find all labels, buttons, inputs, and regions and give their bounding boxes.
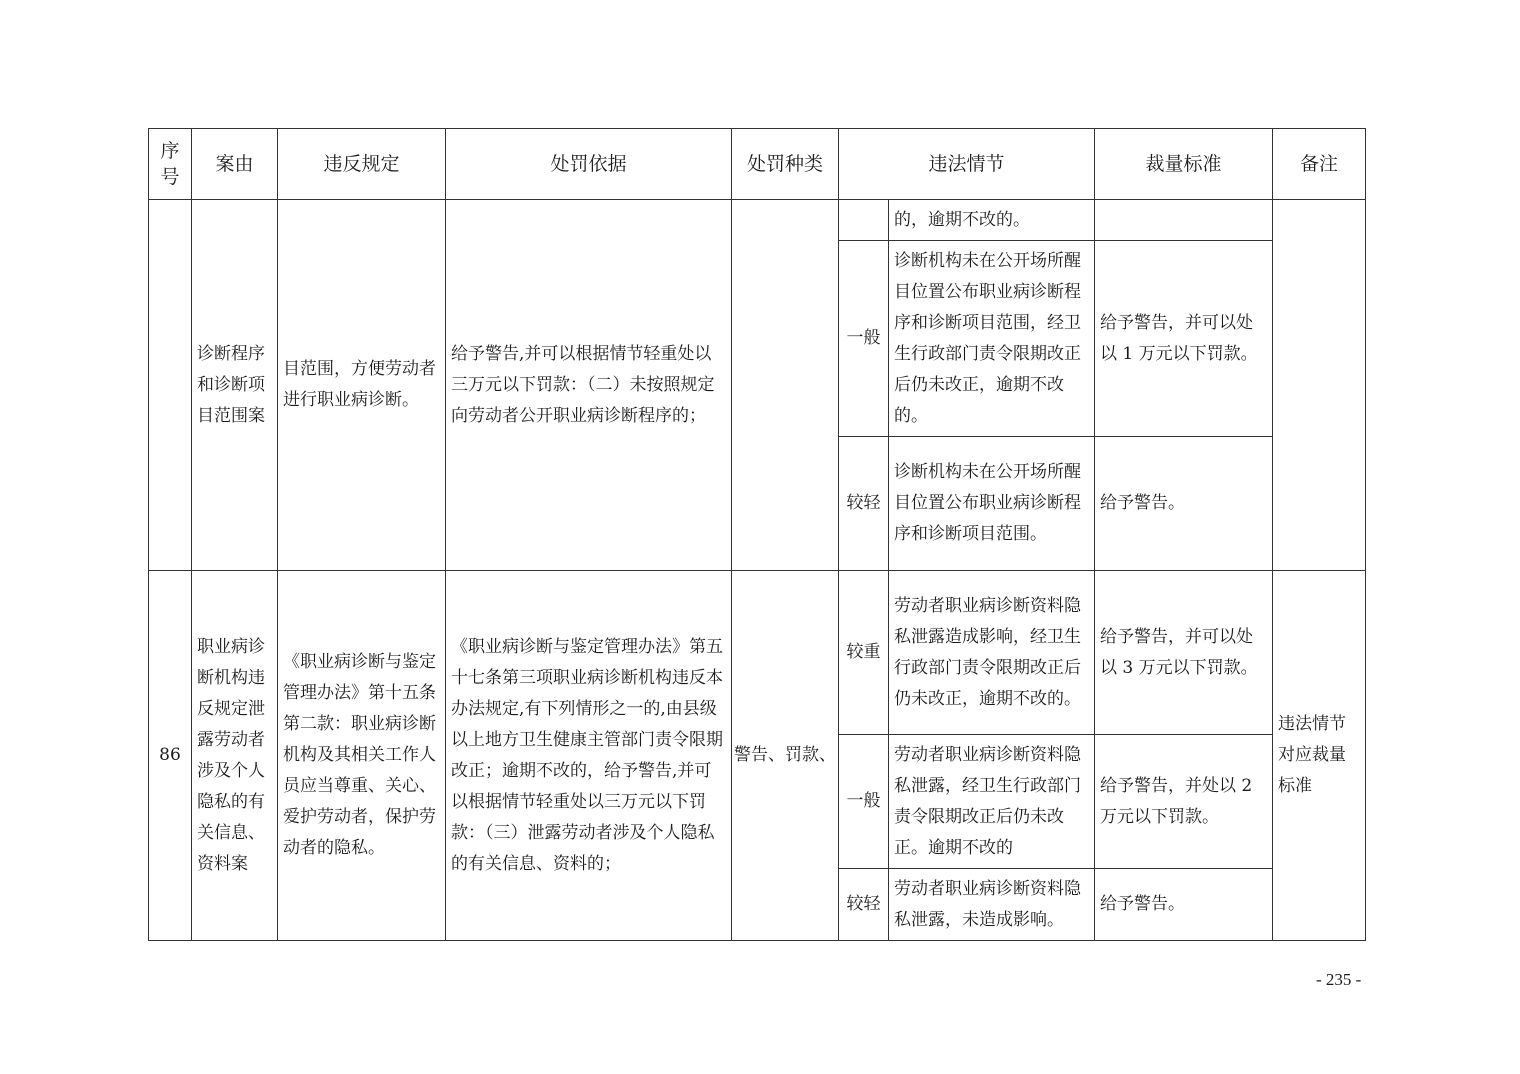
standard-cell: 给予警告，并可以处以 1 万元以下罚款。 [1095, 241, 1273, 437]
detail-cell: 劳动者职业病诊断资料隐私泄露，经卫生行政部门责令限期改正后仍未改正。逾期不改的 [889, 735, 1095, 869]
header-circumstance: 违法情节 [839, 129, 1095, 200]
header-standard: 裁量标准 [1095, 129, 1273, 200]
standard-cell: 给予警告。 [1095, 437, 1273, 571]
violation-cell: 《职业病诊断与鉴定管理办法》第十五条第二款：职业病诊断机构及其相关工作人员应当尊… [278, 571, 446, 941]
header-remark: 备注 [1273, 129, 1366, 200]
remark-cell: 违法情节对应裁量标准 [1273, 571, 1366, 941]
level-cell: 一般 [839, 735, 889, 869]
page-number: - 235 - [1316, 970, 1361, 990]
type-cell [732, 200, 839, 571]
standard-cell: 给予警告。 [1095, 869, 1273, 941]
cause-cell: 职业病诊断机构违反规定泄露劳动者涉及个人隐私的有关信息、资料案 [192, 571, 278, 941]
detail-cell: 诊断机构未在公开场所醒目位置公布职业病诊断程序和诊断项目范围，经卫生行政部门责令… [889, 241, 1095, 437]
detail-cell: 诊断机构未在公开场所醒目位置公布职业病诊断程序和诊断项目范围。 [889, 437, 1095, 571]
header-type: 处罚种类 [732, 129, 839, 200]
seq-cell: 86 [149, 571, 192, 941]
header-seq: 序号 [149, 129, 192, 200]
standard-cell [1095, 200, 1273, 241]
level-cell: 较轻 [839, 437, 889, 571]
level-cell: 较轻 [839, 869, 889, 941]
level-cell [839, 200, 889, 241]
cause-cell: 诊断程序和诊断项目范围案 [192, 200, 278, 571]
remark-cell [1273, 200, 1366, 571]
standard-cell: 给予警告，并可以处以 3 万元以下罚款。 [1095, 571, 1273, 735]
table-row: 86 职业病诊断机构违反规定泄露劳动者涉及个人隐私的有关信息、资料案 《职业病诊… [149, 571, 1366, 735]
header-basis: 处罚依据 [446, 129, 732, 200]
detail-cell: 劳动者职业病诊断资料隐私泄露，未造成影响。 [889, 869, 1095, 941]
type-cell: 警告、罚款、 [732, 571, 839, 941]
header-cause: 案由 [192, 129, 278, 200]
penalty-discretion-table: 序号 案由 违反规定 处罚依据 处罚种类 违法情节 裁量标准 备注 诊断程序和诊… [148, 128, 1366, 941]
header-row: 序号 案由 违反规定 处罚依据 处罚种类 违法情节 裁量标准 备注 [149, 129, 1366, 200]
violation-cell: 目范围，方便劳动者进行职业病诊断。 [278, 200, 446, 571]
basis-cell: 《职业病诊断与鉴定管理办法》第五十七条第三项职业病诊断机构违反本办法规定,有下列… [446, 571, 732, 941]
level-cell: 较重 [839, 571, 889, 735]
table-row: 诊断程序和诊断项目范围案 目范围，方便劳动者进行职业病诊断。 给予警告,并可以根… [149, 200, 1366, 241]
basis-cell: 给予警告,并可以根据情节轻重处以三万元以下罚款：（二）未按照规定向劳动者公开职业… [446, 200, 732, 571]
detail-cell: 的，逾期不改的。 [889, 200, 1095, 241]
detail-cell: 劳动者职业病诊断资料隐私泄露造成影响，经卫生行政部门责令限期改正后仍未改正，逾期… [889, 571, 1095, 735]
header-violation: 违反规定 [278, 129, 446, 200]
seq-cell [149, 200, 192, 571]
standard-cell: 给予警告，并处以 2 万元以下罚款。 [1095, 735, 1273, 869]
level-cell: 一般 [839, 241, 889, 437]
